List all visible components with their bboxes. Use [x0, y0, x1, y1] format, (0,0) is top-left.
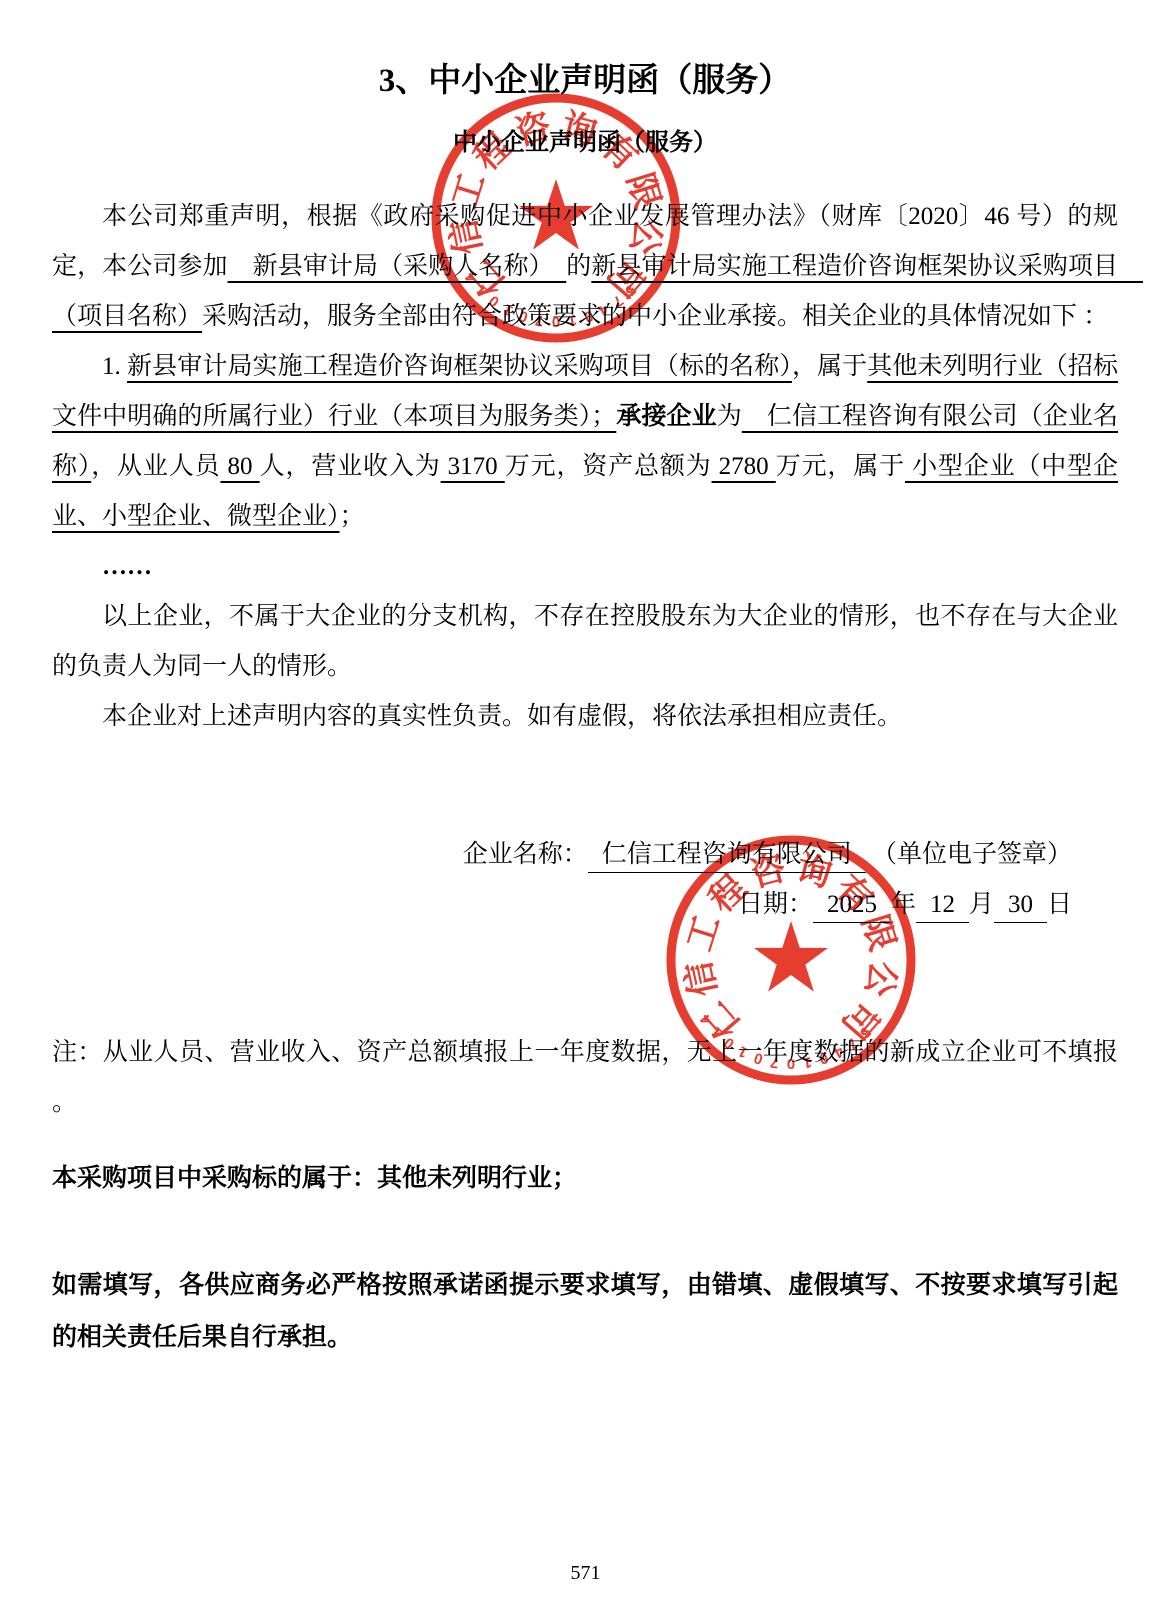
- page-number: 571: [0, 1562, 1171, 1585]
- date-label: 日期：: [738, 891, 813, 918]
- svg-text:1: 1: [866, 1011, 885, 1028]
- paragraph-responsibility: 本企业对上述声明内容的真实性负责。如有虚假，将依法承担相应责任。: [52, 692, 1118, 742]
- paragraph-declaration: 本公司郑重声明，根据《政府采购促进中小企业发展管理办法》（财库〔2020〕46 …: [52, 192, 1118, 342]
- text-segment: 80: [220, 453, 259, 480]
- paragraph-item-1: 1. 新县审计局实施工程造价咨询框架协议采购项目（标的名称），属于其他未列明行业…: [52, 342, 1118, 542]
- text-segment: 新县审计局（采购人名称）: [228, 253, 567, 280]
- text-segment: ，从业人员: [91, 453, 220, 480]
- text-segment: 2780: [712, 453, 776, 480]
- date-day-unit: 日: [1047, 891, 1072, 918]
- date-day-value: 30: [994, 891, 1047, 923]
- svg-text:公: 公: [858, 958, 903, 1000]
- text-segment: ；: [340, 503, 365, 530]
- date-year-value: 2025: [813, 891, 891, 923]
- text-segment: 为: [717, 403, 742, 430]
- date-line: 日期：2025年12月30日: [52, 880, 1072, 930]
- document-subtitle: 中小企业声明函（服务）: [52, 126, 1118, 160]
- company-label: 企业名称：: [463, 841, 588, 868]
- note-paragraph: 注：从业人员、营业收入、资产总额填报上一年度数据，无上一年度数据的新成立企业可不…: [52, 1028, 1118, 1128]
- text-segment: 人，营业收入为: [260, 453, 441, 480]
- svg-text:信: 信: [678, 958, 724, 1001]
- date-year-unit: 年: [891, 891, 916, 918]
- text-segment: 的: [566, 253, 591, 280]
- text-segment: 承接企业: [616, 403, 716, 430]
- text-segment: 采购活动，服务全部由符合政策要求的中小企业承接。相关企业的具体情况如下 ：: [202, 303, 1108, 330]
- document-title: 3、中小企业声明函（服务）: [52, 58, 1118, 104]
- company-suffix: （单位电子签章）: [872, 841, 1072, 868]
- document-page: 3、中小企业声明函（服务） 中小企业声明函（服务） 本公司郑重声明，根据《政府采…: [0, 0, 1171, 1607]
- signature-block: 企业名称：仁信工程咨询有限公司 （单位电子签章） 日期：2025年12月30日: [52, 830, 1118, 930]
- industry-category-line: 本采购项目中采购标的属于：其他未列明行业；: [52, 1153, 1118, 1203]
- text-segment: 万元，属于: [776, 453, 905, 480]
- document-body: 本公司郑重声明，根据《政府采购促进中小企业发展管理办法》（财库〔2020〕46 …: [52, 192, 1118, 742]
- svg-text:4: 4: [696, 1011, 715, 1028]
- text-segment: 万元，资产总额为: [505, 453, 712, 480]
- text-segment: 1.: [102, 353, 127, 380]
- warning-paragraph: 如需填写，各供应商务必严格按照承诺函提示要求填写，由错填、虚假填写、不按要求填写…: [52, 1259, 1118, 1363]
- date-month-value: 12: [916, 891, 969, 923]
- company-line: 企业名称：仁信工程咨询有限公司 （单位电子签章）: [52, 830, 1072, 880]
- paragraph-ellipsis: ……: [52, 542, 1118, 592]
- text-segment: 3170: [441, 453, 505, 480]
- company-name-value: 仁信工程咨询有限公司: [588, 841, 866, 873]
- date-month-unit: 月: [969, 891, 994, 918]
- text-segment: ，属于: [792, 353, 867, 380]
- text-segment: 新县审计局实施工程造价咨询框架协议采购项目（标的名称）: [127, 353, 792, 380]
- paragraph-no-branch: 以上企业，不属于大企业的分支机构，不存在控股股东为大企业的情形，也不存在与大企业…: [52, 592, 1118, 692]
